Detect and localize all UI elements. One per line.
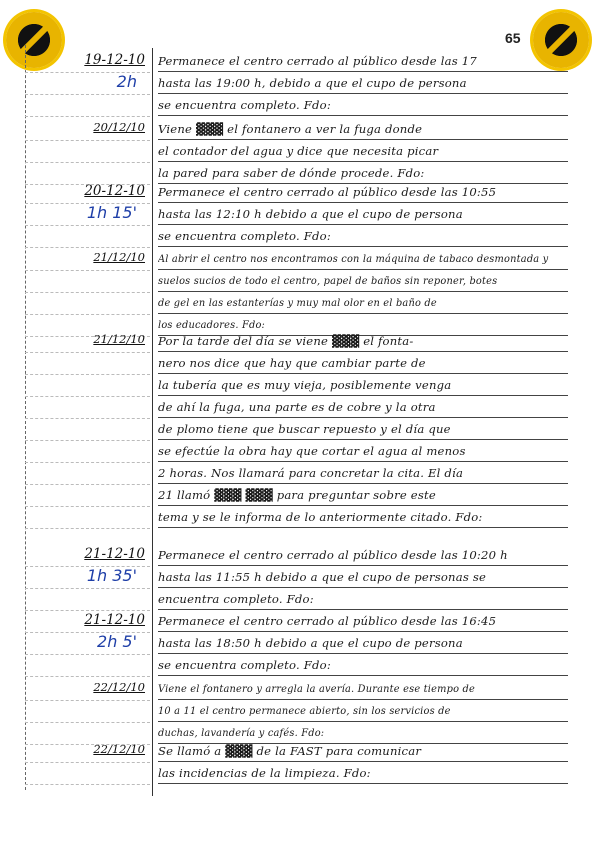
ruled-line xyxy=(25,314,150,315)
entry-duration: 1h 15' xyxy=(42,203,137,222)
entry-text-line: la tubería que es muy vieja, posiblement… xyxy=(158,376,568,396)
entry-duration: 1h 35' xyxy=(42,566,137,585)
entry-text-line: duchas, lavandería y cafés. Fdo: xyxy=(158,724,568,744)
ruled-line xyxy=(25,418,150,419)
ruled-line xyxy=(25,352,150,353)
entry-text-line: 10 a 11 el centro permanece abierto, sin… xyxy=(158,702,568,722)
ruled-line xyxy=(25,396,150,397)
ruled-line xyxy=(25,292,150,293)
entry-date: 21-12-10 xyxy=(25,612,145,628)
ruled-line xyxy=(25,374,150,375)
entry-date: 21-12-10 xyxy=(25,546,145,562)
entry-date: 19-12-10 xyxy=(25,52,145,68)
entry-duration: 2h 5' xyxy=(42,632,137,651)
entry-date: 20-12-10 xyxy=(25,183,145,199)
entry-text-line: 21 llamó ▓▓▓ ▓▓▓ para preguntar sobre es… xyxy=(158,486,568,506)
ruled-line xyxy=(25,654,150,655)
entry-text-line: hasta las 12:10 h debido a que el cupo d… xyxy=(158,205,568,225)
entry-text-line: Viene ▓▓▓ el fontanero a ver la fuga don… xyxy=(158,120,568,140)
ruled-line xyxy=(25,700,150,701)
entry-text-line: hasta las 19:00 h, debido a que el cupo … xyxy=(158,74,568,94)
ruled-line xyxy=(25,140,150,141)
page-number: 65 xyxy=(505,30,521,46)
entry-date: 20/12/10 xyxy=(25,120,145,134)
ruled-line xyxy=(25,203,150,204)
ruled-line xyxy=(25,94,150,95)
ruled-line xyxy=(25,632,150,633)
entry-text-line: se encuentra completo. Fdo: xyxy=(158,96,568,116)
ruled-line xyxy=(25,225,150,226)
entry-text-line: se efectúe la obra hay que cortar el agu… xyxy=(158,442,568,462)
entry-text-line: Por la tarde del día se viene ▓▓▓ el fon… xyxy=(158,332,568,352)
entry-text-line: se encuentra completo. Fdo: xyxy=(158,656,568,676)
ruled-line xyxy=(25,462,150,463)
entry-duration: 2h xyxy=(42,72,137,91)
entry-text-line: de gel en las estanterías y muy mal olor… xyxy=(158,294,568,314)
ruled-line xyxy=(25,722,150,723)
entry-text-line: Se llamó a ▓▓▓ de la FAST para comunicar xyxy=(158,742,568,762)
ruled-line xyxy=(25,506,150,507)
entry-text-line: encuentra completo. Fdo: xyxy=(158,590,568,610)
ruled-line xyxy=(25,440,150,441)
entry-date: 22/12/10 xyxy=(25,742,145,756)
ruled-line xyxy=(25,610,150,611)
ruled-line xyxy=(25,72,150,73)
entry-text-line: Al abrir el centro nos encontramos con l… xyxy=(158,250,568,270)
entry-text-line: Permanece el centro cerrado al público d… xyxy=(158,612,568,632)
ruled-line xyxy=(25,762,150,763)
entry-text-line: la pared para saber de dónde procede. Fd… xyxy=(158,164,568,184)
entry-text-line: 2 horas. Nos llamará para concretar la c… xyxy=(158,464,568,484)
entry-text-line: se encuentra completo. Fdo: xyxy=(158,227,568,247)
entry-text-line: Viene el fontanero y arregla la avería. … xyxy=(158,680,568,700)
ruled-line xyxy=(25,247,150,248)
ruled-line xyxy=(25,528,150,529)
ruled-line xyxy=(25,676,150,677)
entry-text-line: suelos sucios de todo el centro, papel d… xyxy=(158,272,568,292)
entry-date: 21/12/10 xyxy=(25,250,145,264)
ruled-line xyxy=(25,566,150,567)
entry-date: 21/12/10 xyxy=(25,332,145,346)
entry-text-line: Permanece el centro cerrado al público d… xyxy=(158,52,568,72)
entry-date: 22/12/10 xyxy=(25,680,145,694)
ruled-line xyxy=(25,162,150,163)
entry-text-line: de ahí la fuga, una parte es de cobre y … xyxy=(158,398,568,418)
ruled-line xyxy=(25,116,150,117)
ruled-line xyxy=(25,270,150,271)
ruled-line xyxy=(25,484,150,485)
entry-text-line: nero nos dice que hay que cambiar parte … xyxy=(158,354,568,374)
entry-text-line: hasta las 11:55 h debido a que el cupo d… xyxy=(158,568,568,588)
entry-text-line: hasta las 18:50 h debido a que el cupo d… xyxy=(158,634,568,654)
ruled-line xyxy=(25,784,150,785)
entry-text-line: el contador del agua y dice que necesita… xyxy=(158,142,568,162)
entry-text-line: Permanece el centro cerrado al público d… xyxy=(158,546,568,566)
ruled-line xyxy=(25,588,150,589)
entry-text-line: tema y se le informa de lo anteriormente… xyxy=(158,508,568,528)
entry-text-line: Permanece el centro cerrado al público d… xyxy=(158,183,568,203)
entry-text-line: de plomo tiene que buscar repuesto y el … xyxy=(158,420,568,440)
entry-text-line: las incidencias de la limpieza. Fdo: xyxy=(158,764,568,784)
column-divider xyxy=(152,48,153,796)
